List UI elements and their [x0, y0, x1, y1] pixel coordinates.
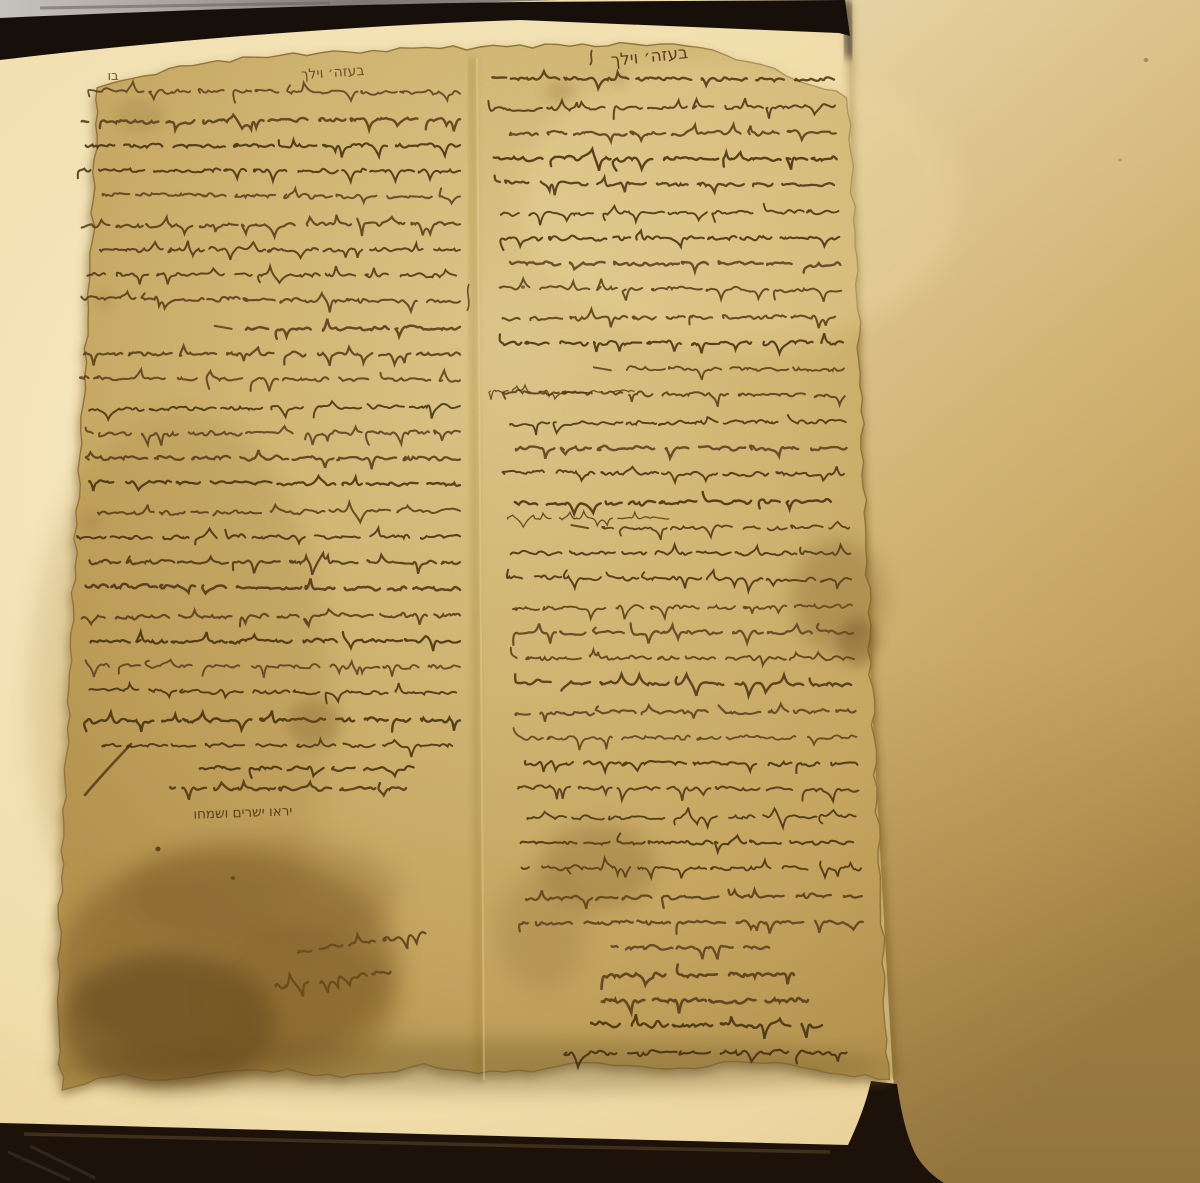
speck [1144, 58, 1149, 62]
ink-dot [521, 285, 525, 289]
stain [114, 99, 166, 133]
stain [838, 618, 878, 666]
stain [496, 870, 588, 990]
stain [288, 699, 342, 747]
folio-number: בו [107, 69, 118, 84]
speck [1118, 159, 1121, 162]
manuscript-photo-svg: בעזה׳ וילך בעזה׳ וילך בו יראו ישרים ושמח… [0, 0, 1200, 1183]
stain [96, 293, 112, 307]
stain [545, 81, 575, 103]
stain [82, 513, 102, 531]
stain [213, 928, 397, 1072]
ink-dot [155, 847, 160, 852]
photo-manuscript-in-folder: בעזה׳ וילך בעזה׳ וילך בו יראו ישרים ושמח… [0, 0, 1200, 1183]
stain [609, 72, 627, 86]
light-wash [520, 50, 960, 350]
